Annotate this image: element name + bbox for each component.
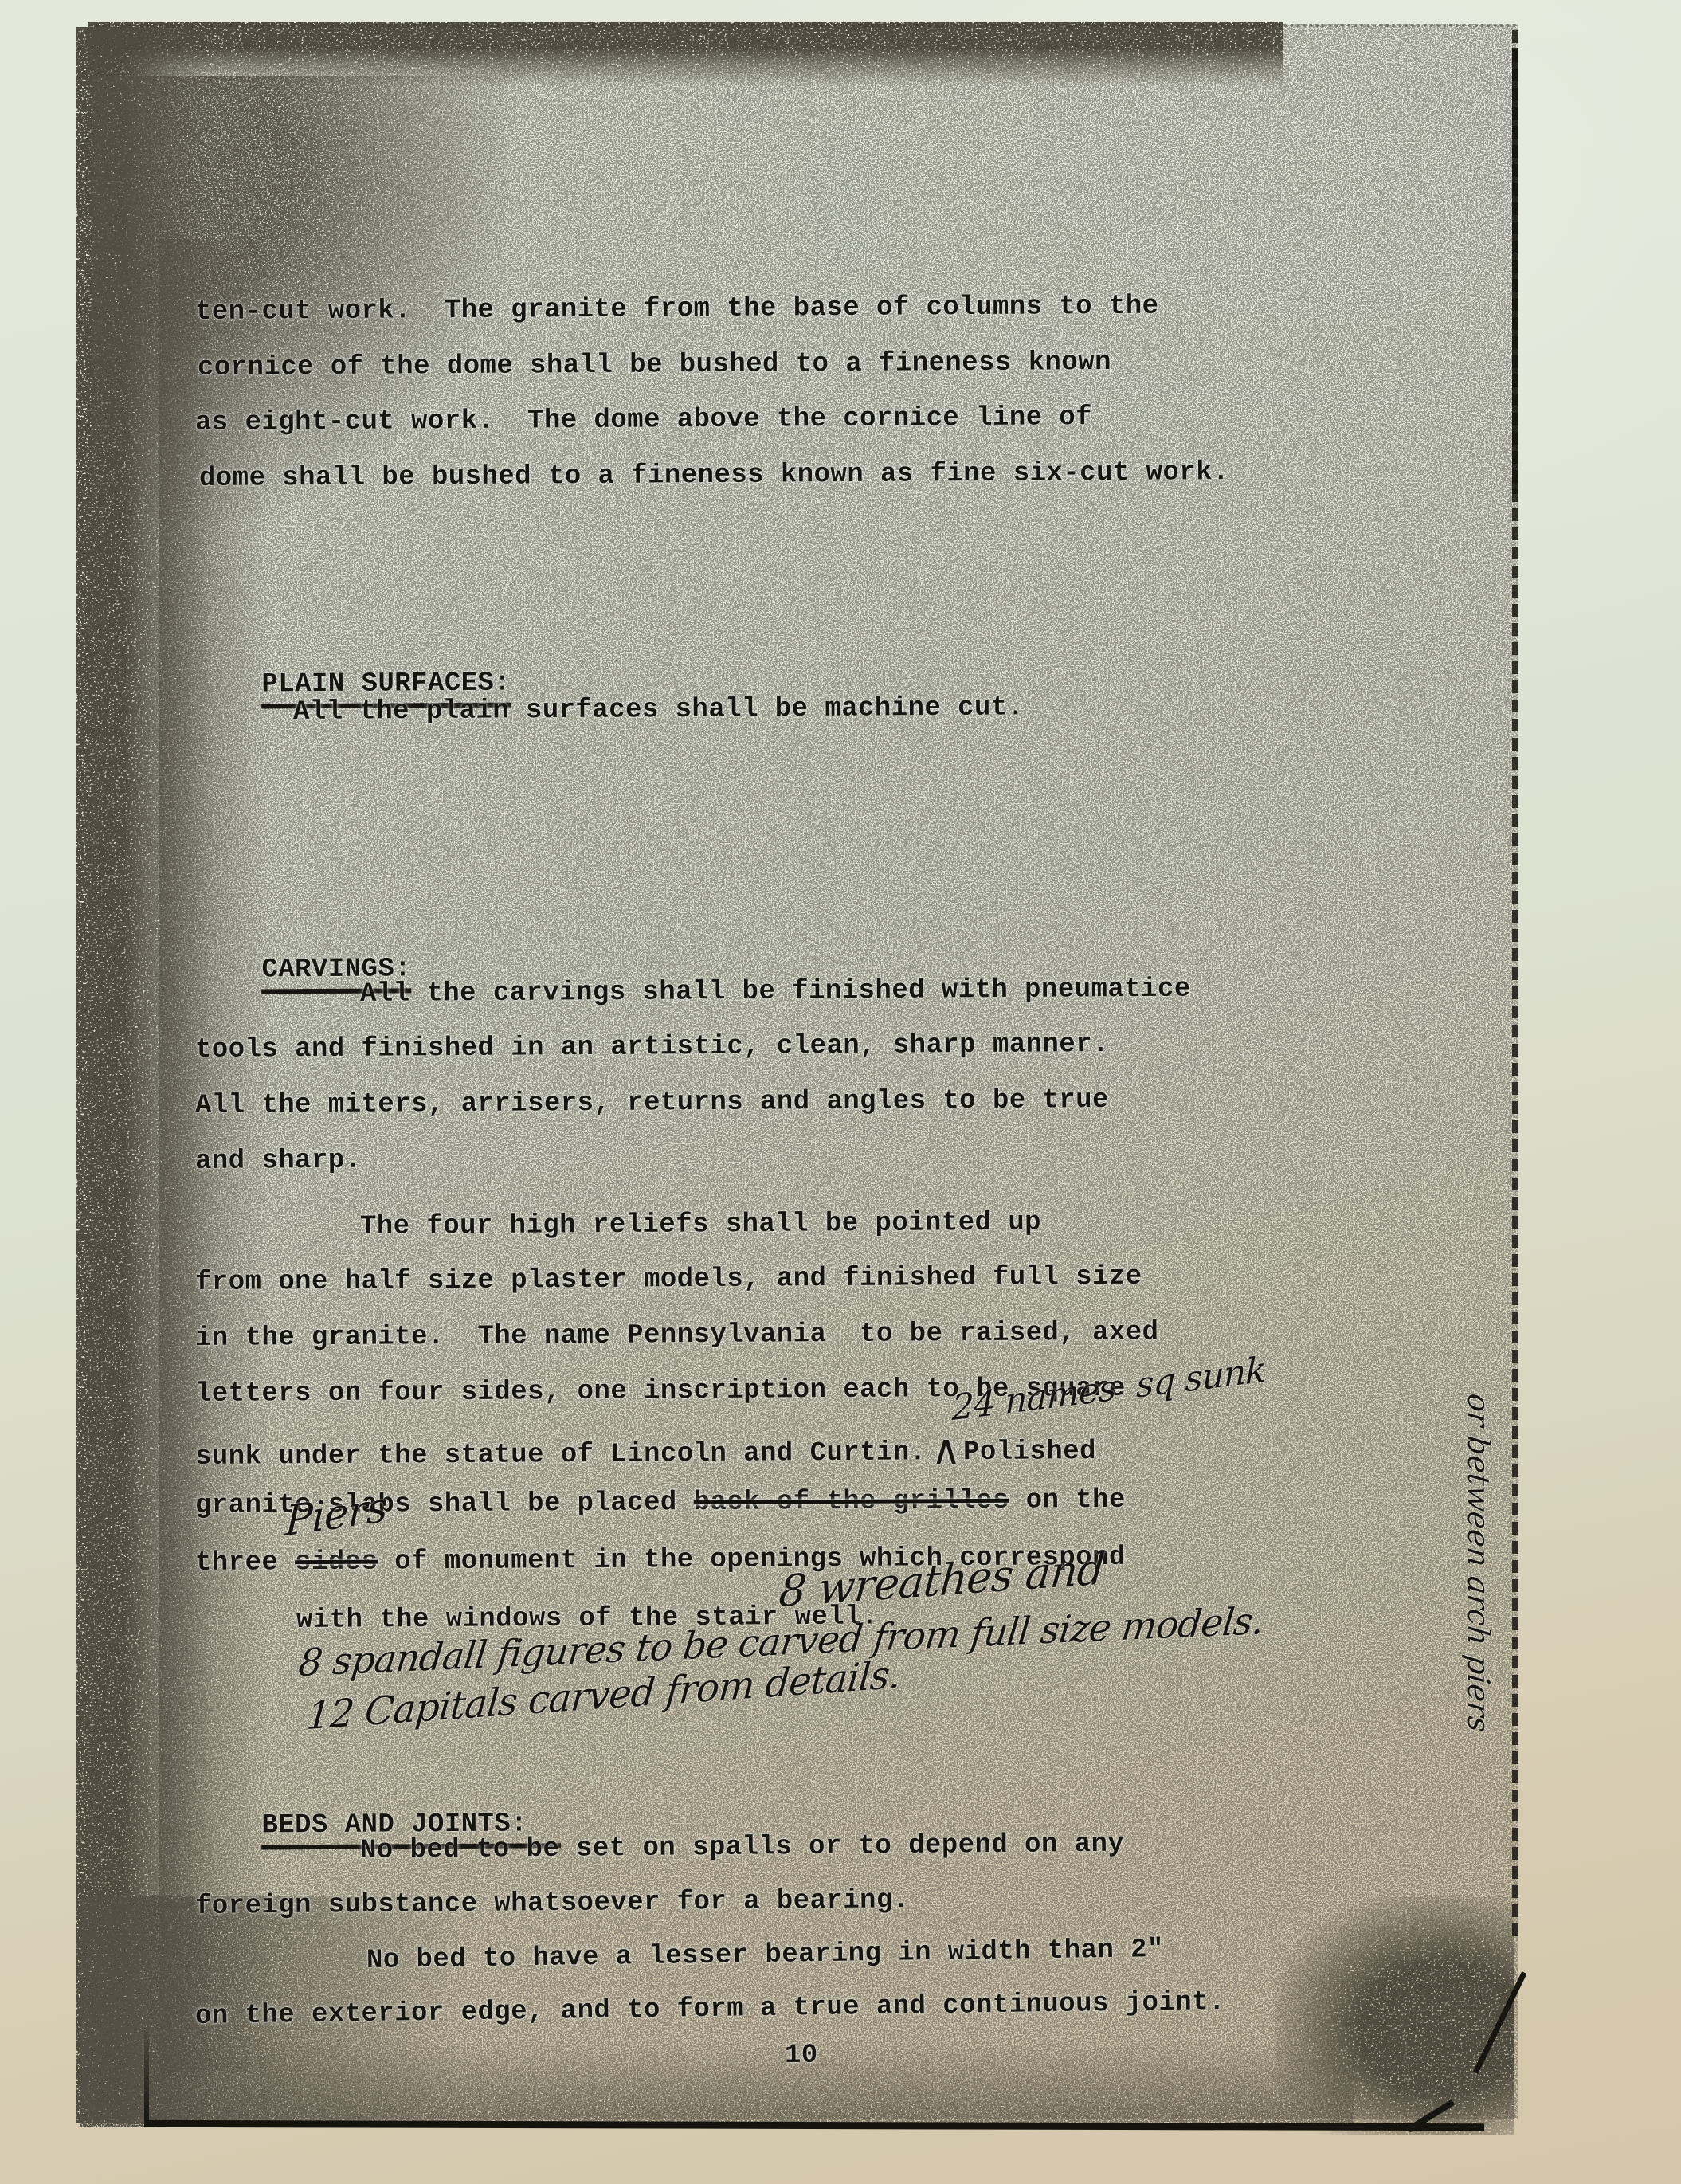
handwritten-note-24-names-sq-sunk: 24 names sq sunk <box>952 1349 1266 1429</box>
page-edge-right-solid <box>1512 48 1518 494</box>
carvings-p2-line-3: in the granite. The name Pennsylvania to… <box>195 1317 1159 1355</box>
beds-p1-line-2: foreign substance whatsoever for a beari… <box>195 1884 910 1923</box>
carvings-p1-line-1: All the carvings shall be finished with … <box>360 974 1191 1010</box>
page-edge-top-dotted <box>89 24 1518 27</box>
photocopy-noise-bottom-band <box>159 2040 1354 2123</box>
photocopy-noise-top-band <box>88 22 1283 86</box>
carvings-p2-line-2: from one half size plaster models, and f… <box>195 1261 1142 1299</box>
photocopy-noise-left-band <box>76 27 212 2123</box>
intro-line-2: cornice of the dome shall be bushed to a… <box>198 347 1111 384</box>
carvings-p2-line-1: The four high reliefs shall be pointed u… <box>360 1207 1041 1243</box>
line-7-text: three <box>195 1547 295 1578</box>
insertion-caret-mark: ∧ <box>931 1426 962 1474</box>
beds-p1-line-1: No bed to be set on spalls or to depend … <box>360 1829 1125 1867</box>
intro-line-3: as eight-cut work. The dome above the co… <box>195 402 1092 439</box>
line-5-text: sunk under the statue of Lincoln and Cur… <box>195 1437 927 1472</box>
plain-surfaces-line-1: All the plain surfaces shall be machine … <box>293 692 1025 728</box>
carvings-p1-line-2: tools and finished in an artistic, clean… <box>195 1029 1109 1066</box>
page-edge-corner-diagonal <box>1473 1971 1527 2074</box>
line-6-text: granite slabs shall be placed <box>195 1488 694 1521</box>
intro-line-4: dome shall be bushed to a fineness known… <box>199 457 1229 495</box>
handwritten-margin-note-vertical: or between arch piers <box>1458 1392 1499 1735</box>
intro-line-1: ten-cut work. The granite from the base … <box>195 291 1159 328</box>
struck-text-back-of-the-grilles: back of the grilles <box>693 1486 1009 1518</box>
beds-p2-line-2: on the exterior edge, and to form a true… <box>195 1986 1225 2033</box>
page-edge-left-bottom <box>144 2028 149 2127</box>
carvings-p2-line-5: sunk under the statue of Lincoln and Cur… <box>195 1429 1096 1473</box>
carvings-p1-line-3: All the miters, arrisers, returns and an… <box>195 1084 1109 1122</box>
struck-text-sides: sides <box>295 1547 378 1578</box>
line-5-text-after-caret: Polished <box>963 1437 1096 1468</box>
page-edge-bottom-line <box>146 2120 1484 2131</box>
scanned-document-page: ten-cut work. The granite from the base … <box>0 0 1681 2184</box>
beds-p2-line-1: No bed to have a lesser bearing in width… <box>366 1934 1164 1977</box>
handwritten-correction-piers: Piers <box>284 1487 388 1543</box>
carvings-p1-line-4: and sharp. <box>195 1145 362 1178</box>
line-6-text-after: on the <box>1009 1485 1126 1516</box>
photocopy-noise-bottom-right <box>1275 1896 1514 2135</box>
page-number: 10 <box>785 2040 818 2072</box>
